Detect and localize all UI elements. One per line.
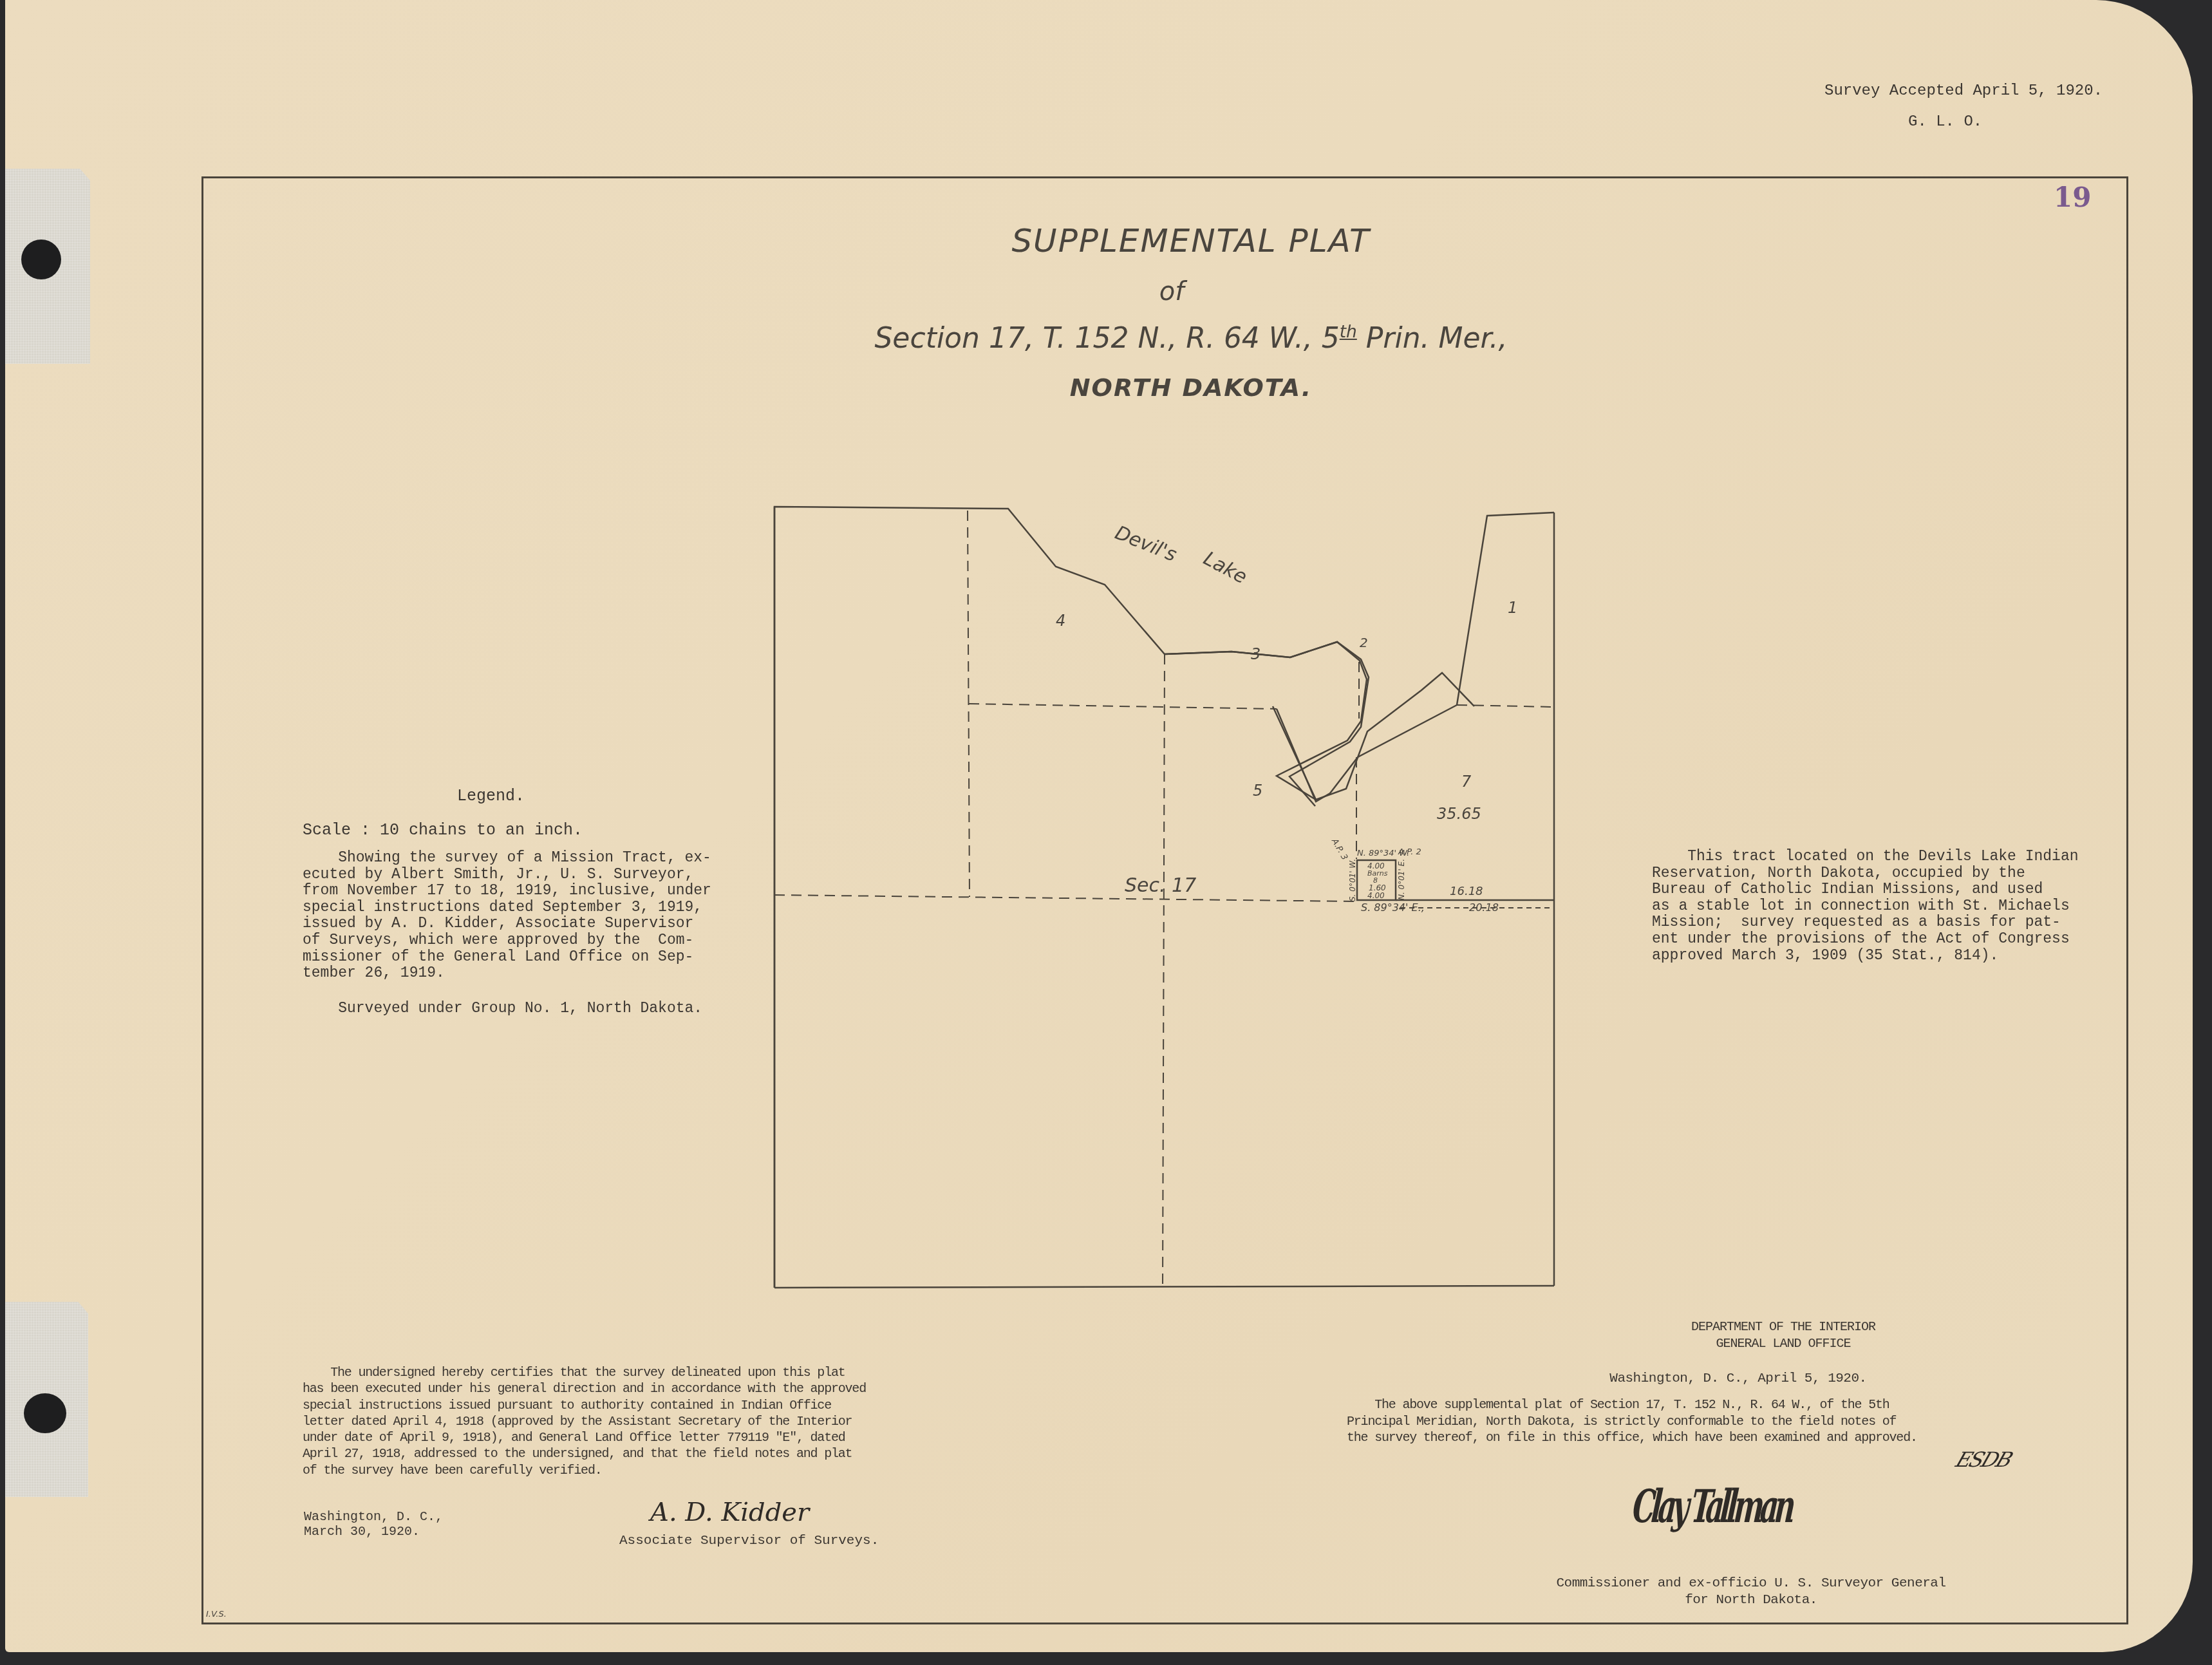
tallman-signature: Clay Tallman — [1631, 1481, 1794, 1534]
tract-ap2: A.P. 2 — [1398, 847, 1421, 857]
lot-label-5: 5 — [1253, 782, 1262, 800]
lot-label-2: 2 — [1360, 635, 1368, 650]
approval-signer-title-2: for North Dakota. — [1513, 1593, 1989, 1608]
meander-lot3 — [1165, 642, 1367, 800]
tract-south-length: 4.00 — [1367, 891, 1385, 900]
tract-south-bearing: S. 89°34' E., — [1361, 901, 1425, 914]
approval-text: The above supplemental plat of Section 1… — [1347, 1397, 1917, 1447]
scanned-sheet: Survey Accepted April 5, 1920. G. L. O. … — [0, 0, 2212, 1665]
approval-initials: ESDB — [1953, 1447, 2014, 1472]
north-south-quarter-line — [1163, 654, 1165, 1288]
lot-label-1: 1 — [1508, 599, 1517, 617]
tract-west-bearing: S. 0°01' W. — [1348, 859, 1357, 901]
subdivision-lines — [774, 511, 1554, 1288]
legend-heading: Legend. — [457, 787, 525, 805]
lot7-area: 35.65 — [1437, 805, 1481, 823]
mid-line-east — [1457, 705, 1554, 707]
lot-label-4: 4 — [1056, 612, 1065, 630]
section-label: Sec. 17 — [1125, 874, 1196, 897]
approval-signer-title-1: Commissioner and ex-officio U. S. Survey… — [1513, 1576, 1989, 1591]
meander-line-lot5-lot7 — [1273, 673, 1474, 800]
tract-east-bearing: N. 0°01' E. — [1397, 859, 1406, 900]
certification-place: Washington, D. C., — [304, 1510, 443, 1525]
meander-line-point — [1277, 705, 1457, 802]
kidder-signature: A. D. Kidder — [650, 1498, 809, 1527]
legend-group: Surveyed under Group No. 1, North Dakota… — [303, 998, 702, 1019]
lot-label-3: 3 — [1251, 645, 1261, 663]
meander-lot1 — [1457, 513, 1554, 705]
lot-label-7: 7 — [1461, 773, 1471, 791]
draftsman-initials: I.V.S. — [206, 1610, 227, 1619]
legend-description: Showing the survey of a Mission Tract, e… — [303, 850, 711, 982]
approval-place-date: Washington, D. C., April 5, 1920. — [1513, 1371, 1964, 1386]
legend-scale: Scale : 10 chains to an inch. — [303, 820, 583, 841]
mid-line-west — [969, 704, 1277, 709]
certification-signer-title: Associate Supervisor of Surveys. — [619, 1534, 879, 1548]
approval-office: GENERAL LAND OFFICE — [1609, 1337, 1957, 1351]
distance-lower: 20.18 — [1469, 901, 1499, 914]
certification-date: March 30, 1920. — [304, 1525, 420, 1539]
east-west-quarter-line-west — [774, 895, 1356, 901]
south-section-line — [774, 1286, 1554, 1288]
tract-note: This tract located on the Devils Lake In… — [1652, 849, 2079, 964]
certification-text: The undersigned hereby certifies that th… — [303, 1365, 866, 1479]
approval-dept: DEPARTMENT OF THE INTERIOR — [1609, 1320, 1957, 1335]
section-boundary-west-lake — [774, 507, 1369, 1288]
distance-upper: 16.18 — [1450, 885, 1483, 898]
